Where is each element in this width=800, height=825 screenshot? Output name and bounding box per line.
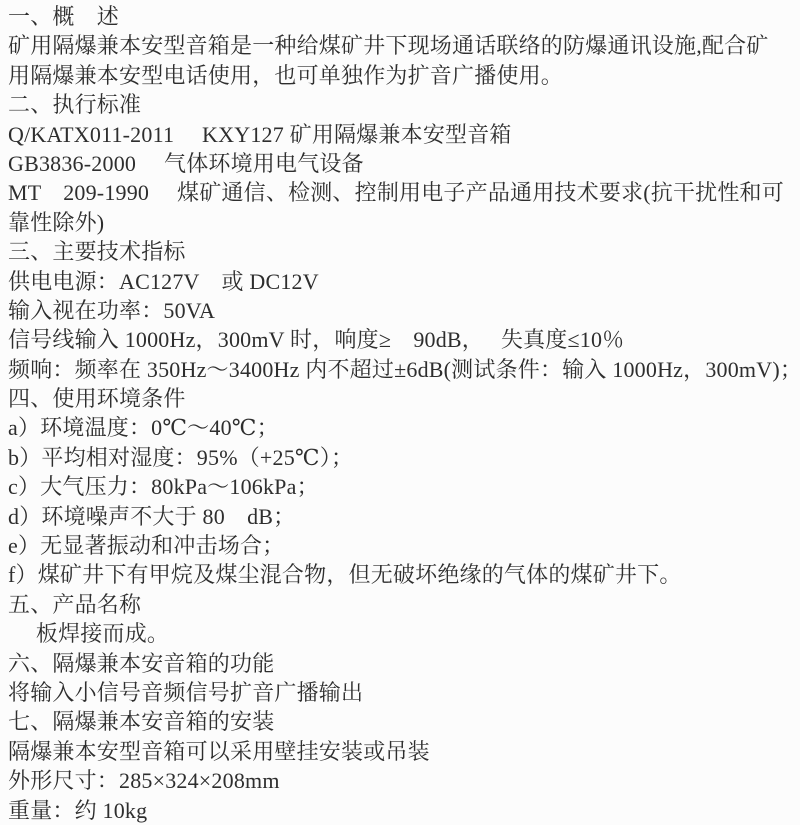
document-line: 板焊接而成。 [8, 619, 796, 648]
document-line: 七、隔爆兼本安音箱的安装 [8, 707, 796, 736]
document-line: 隔爆兼本安型音箱可以采用壁挂安装或吊装 [8, 737, 796, 766]
document-line: 供电电源：AC127V 或 DC12V [8, 267, 796, 296]
document-line: GB3836-2000 气体环境用电气设备 [8, 149, 796, 178]
document-line: 四、使用环境条件 [8, 384, 796, 413]
document-line: f）煤矿井下有甲烷及煤尘混合物，但无破坏绝缘的气体的煤矿井下。 [8, 560, 796, 589]
document-line: 外形尺寸：285×324×208mm [8, 766, 796, 795]
document-line: 用隔爆兼本安型电话使用，也可单独作为扩音广播使用。 [8, 61, 796, 90]
document-line: e）无显著振动和冲击场合； [8, 531, 796, 560]
document-line: d）环境噪声不大于 80 dB； [8, 502, 796, 531]
document-line: Q/KATX011-2011 KXY127 矿用隔爆兼本安型音箱 [8, 120, 796, 149]
document-line: 信号线输入 1000Hz，300mV 时，响度≥ 90dB， 失真度≤10％ [8, 325, 796, 354]
document-page: 一、概 述矿用隔爆兼本安型音箱是一种给煤矿井下现场通话联络的防爆通讯设施,配合矿… [0, 0, 800, 825]
document-line: c）大气压力：80kPa～106kPa； [8, 472, 796, 501]
document-line: 重量：约 10kg [8, 796, 796, 825]
document-line: 频响：频率在 350Hz～3400Hz 内不超过±6dB(测试条件：输入 100… [8, 355, 796, 384]
document-line: 六、隔爆兼本安音箱的功能 [8, 649, 796, 678]
document-line: b）平均相对湿度：95%（+25℃）； [8, 443, 796, 472]
document-line: 矿用隔爆兼本安型音箱是一种给煤矿井下现场通话联络的防爆通讯设施,配合矿 [8, 31, 796, 60]
document-line: 靠性除外) [8, 208, 796, 237]
document-line: 将输入小信号音频信号扩音广播输出 [8, 678, 796, 707]
document-line: 输入视在功率：50VA [8, 296, 796, 325]
document-line: 三、主要技术指标 [8, 237, 796, 266]
document-body: 一、概 述矿用隔爆兼本安型音箱是一种给煤矿井下现场通话联络的防爆通讯设施,配合矿… [8, 2, 796, 825]
document-line: 二、执行标准 [8, 90, 796, 119]
document-line: 五、产品名称 [8, 590, 796, 619]
document-line: 一、概 述 [8, 2, 796, 31]
document-line: MT 209-1990 煤矿通信、检测、控制用电子产品通用技术要求(抗干扰性和可 [8, 178, 796, 207]
document-line: a）环境温度：0℃～40℃； [8, 413, 796, 442]
